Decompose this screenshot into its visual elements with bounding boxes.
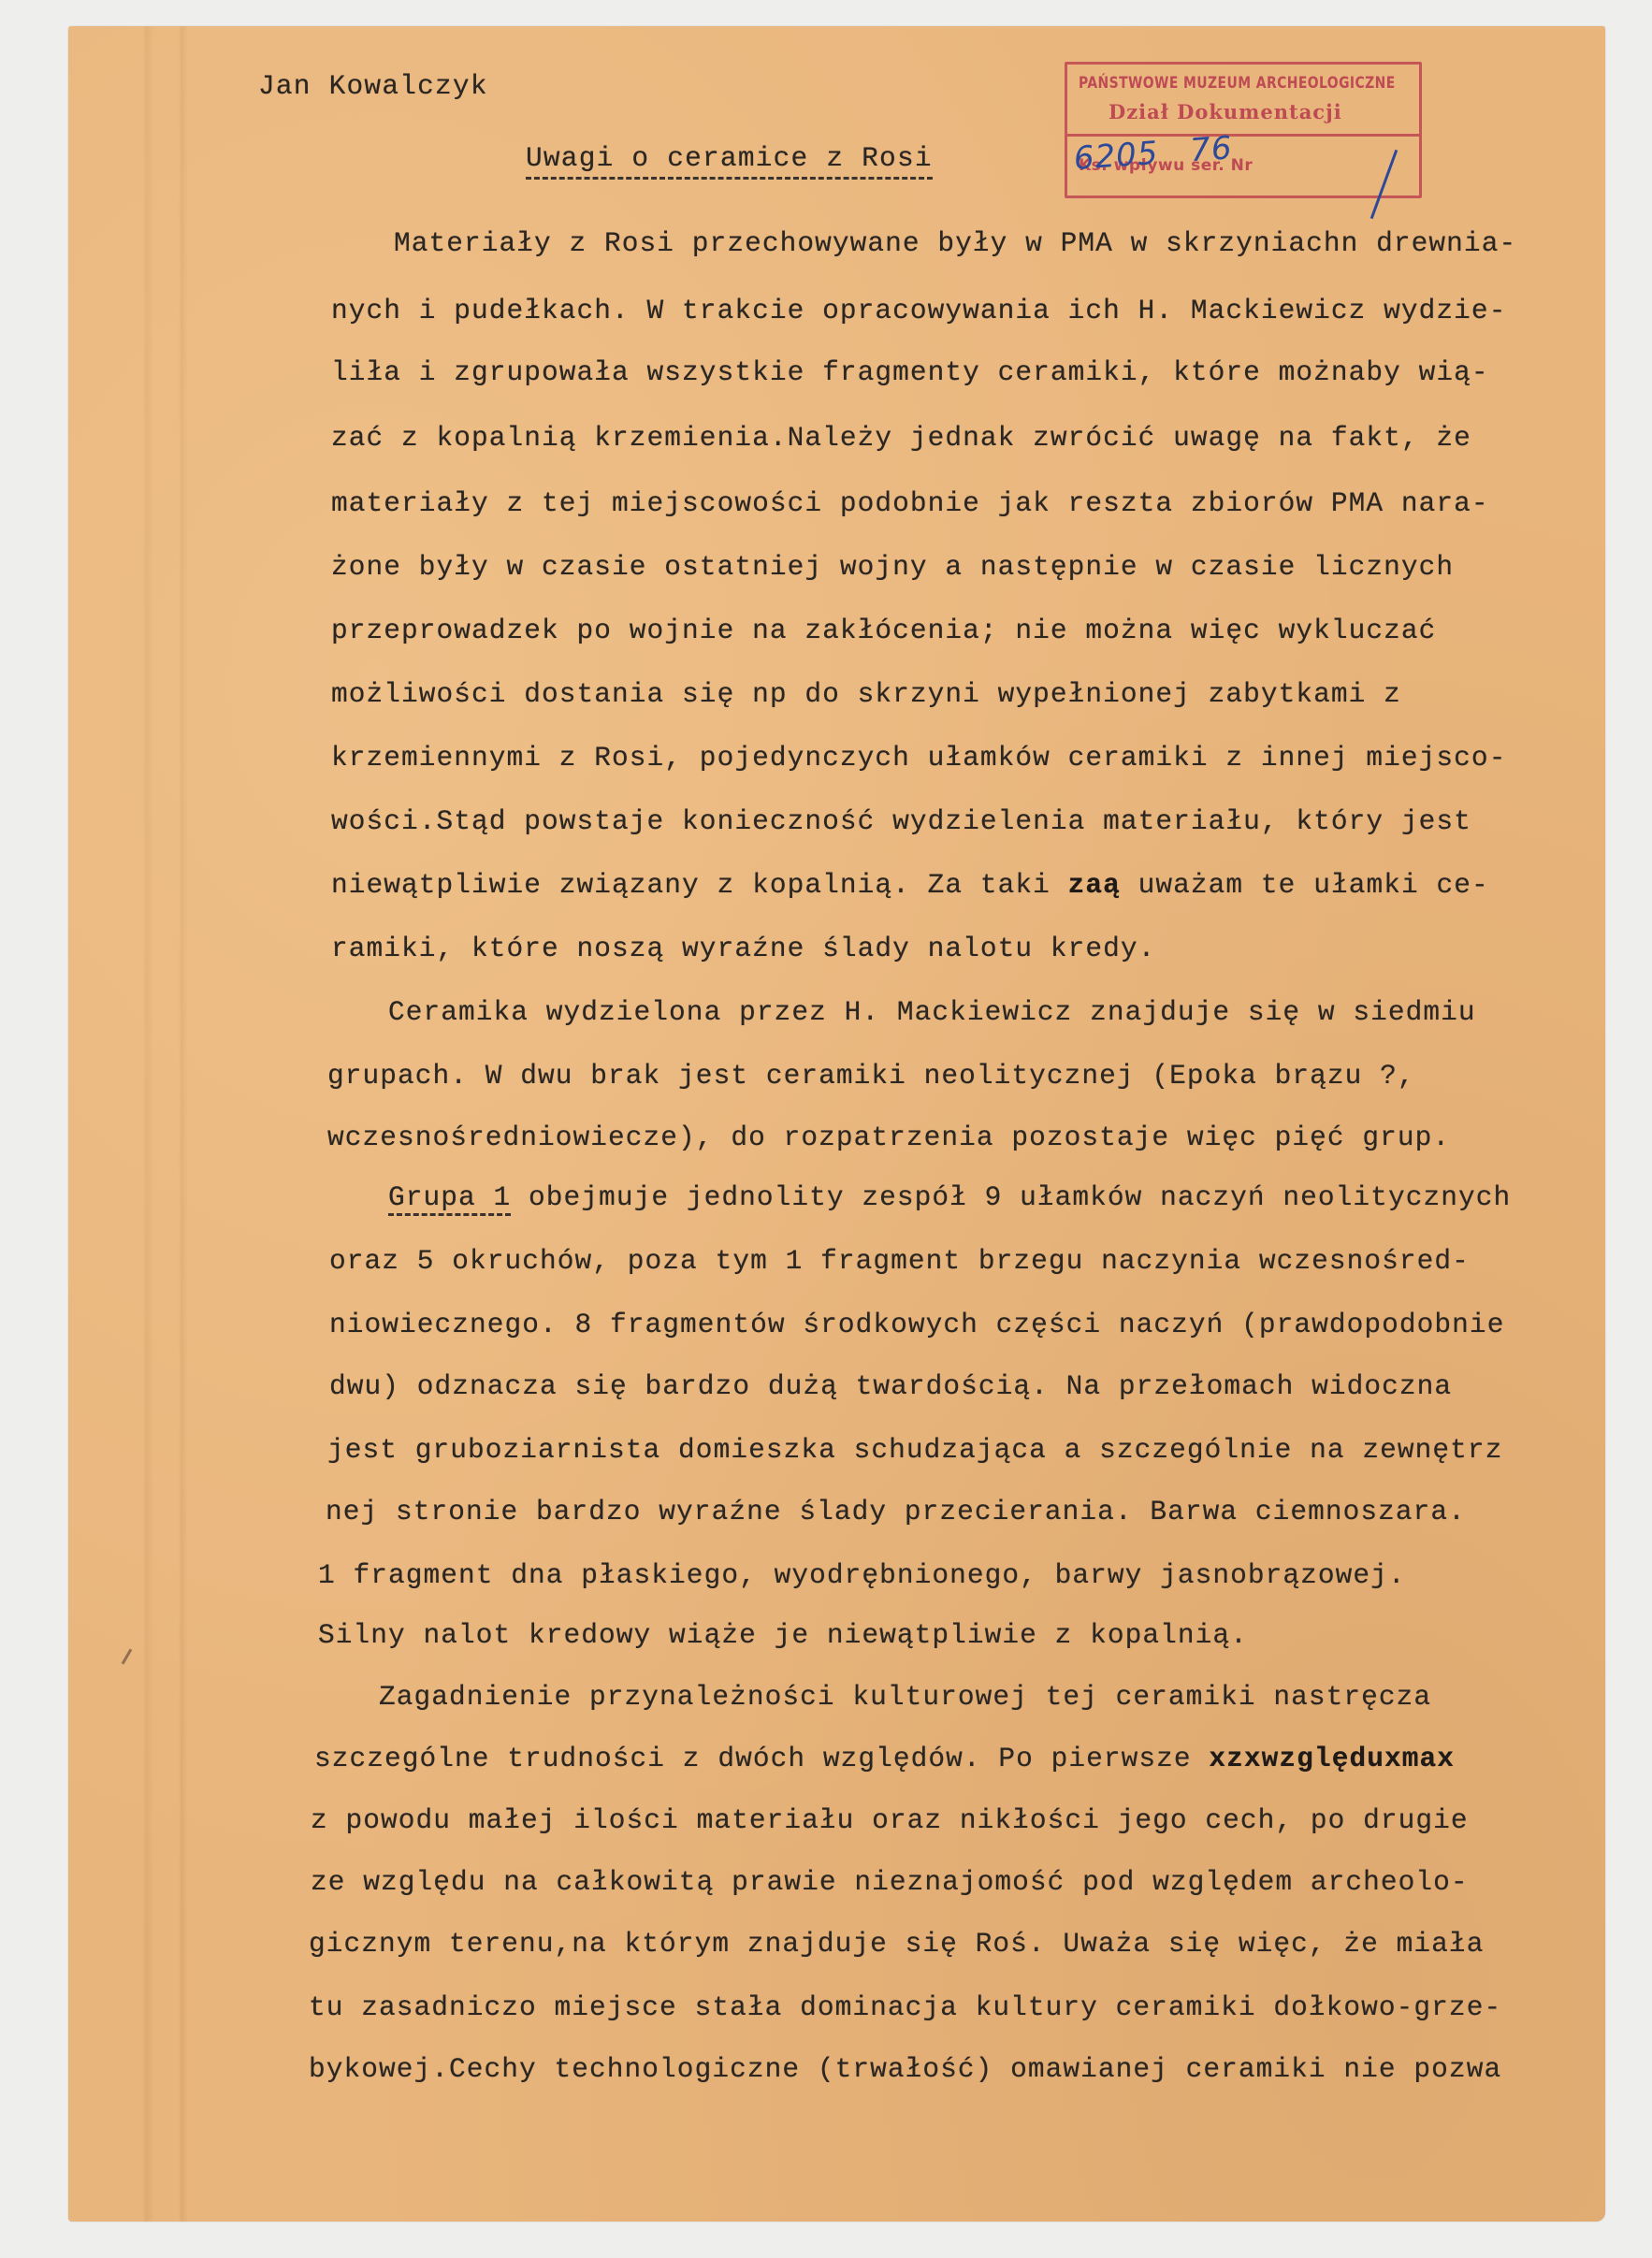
text-line: jest gruboziarnista domieszka schudzając… [327, 1437, 1502, 1465]
line-text: bykowej.Cechy technologiczne (trwałość) … [309, 2053, 1501, 2085]
line-text: Materiały z Rosi przechowywane były w PM… [324, 227, 1516, 259]
line-text: obejmuje jednolity zespół 9 ułamków nacz… [511, 1181, 1511, 1213]
text-line: ramiki, które noszą wyraźne ślady nalotu… [331, 935, 1155, 963]
line-text: materiały z tej miejscowości podobnie ja… [331, 487, 1489, 519]
document-title: Uwagi o ceramice z Rosi [526, 145, 933, 180]
line-text: Silny nalot kredowy wiąże je niewątpliwi… [318, 1619, 1248, 1651]
line-text: wczesnośredniowiecze), do rozpatrzenia p… [327, 1122, 1450, 1153]
line-text: żone były w czasie ostatniej wojny a nas… [331, 551, 1454, 583]
stamp-department: Dział Dokumentacji [1109, 100, 1342, 123]
line-text-continued: uważam te ułamki ce- [1121, 869, 1489, 901]
text-line: wczesnośredniowiecze), do rozpatrzenia p… [327, 1124, 1450, 1152]
line-text: jest gruboziarnista domieszka schudzając… [327, 1434, 1502, 1466]
text-line: oraz 5 okruchów, poza tym 1 fragment brz… [329, 1248, 1470, 1276]
line-text: ramiki, które noszą wyraźne ślady nalotu… [331, 933, 1155, 964]
text-line: z powodu małej ilości materiału oraz nik… [311, 1807, 1469, 1835]
text-line: Grupa 1 obejmuje jednolity zespół 9 ułam… [318, 1184, 1511, 1212]
text-line: wości.Stąd powstaje konieczność wydziele… [331, 808, 1471, 836]
text-line: możliwości dostania się np do skrzyni wy… [331, 681, 1401, 709]
indent [318, 1181, 388, 1213]
text-line: nych i pudełkach. W trakcie opracowywani… [331, 297, 1506, 326]
underlined-heading: Grupa 1 [388, 1181, 511, 1216]
line-text: grupach. W dwu brak jest ceramiki neolit… [327, 1060, 1415, 1092]
line-text: zać z kopalnią krzemienia.Należy jednak … [331, 422, 1471, 454]
line-text: gicznym terenu,na którym znajduje się Ro… [309, 1928, 1484, 1960]
line-text: nych i pudełkach. W trakcie opracowywani… [331, 295, 1506, 326]
line-text: nej stronie bardzo wyraźne ślady przecie… [326, 1496, 1466, 1527]
line-text: możliwości dostania się np do skrzyni wy… [331, 678, 1401, 710]
register-number: 6205 [1073, 135, 1160, 178]
text-line: bykowej.Cechy technologiczne (trwałość) … [309, 2056, 1501, 2084]
line-text: krzemiennymi z Rosi, pojedynczych ułamkó… [331, 742, 1506, 774]
text-line: nej stronie bardzo wyraźne ślady przecie… [326, 1498, 1466, 1527]
text-line: grupach. W dwu brak jest ceramiki neolit… [327, 1063, 1415, 1091]
text-line: Zagadnienie przynależności kulturowej te… [309, 1684, 1431, 1712]
text-line: 1 fragment dna płaskiego, wyodrębnionego… [318, 1562, 1406, 1590]
text-line: tu zasadniczo miejsce stała dominacja ku… [309, 1994, 1501, 2022]
line-text: przeprowadzek po wojnie na zakłócenia; n… [331, 615, 1436, 646]
text-line: niewątpliwie związany z kopalnią. Za tak… [331, 872, 1489, 900]
struck-out-text: xzxwzględuxmax [1209, 1743, 1455, 1774]
line-text: Zagadnienie przynależności kulturowej te… [309, 1681, 1431, 1713]
line-text: wości.Stąd powstaje konieczność wydziele… [331, 805, 1471, 837]
line-text: niowiecznego. 8 fragmentów środkowych cz… [329, 1309, 1504, 1340]
text-line: krzemiennymi z Rosi, pojedynczych ułamkó… [331, 745, 1506, 773]
struck-out-text: zaą [1068, 869, 1121, 901]
text-line: materiały z tej miejscowości podobnie ja… [331, 490, 1489, 518]
text-line: Ceramika wydzielona przez H. Mackiewicz … [318, 999, 1476, 1027]
line-text: dwu) odznacza się bardzo dużą twardością… [329, 1370, 1452, 1402]
text-line: przeprowadzek po wojnie na zakłócenia; n… [331, 617, 1436, 645]
line-text: ze względu na całkowitą prawie nieznajom… [311, 1866, 1469, 1898]
text-line: zać z kopalnią krzemienia.Należy jednak … [331, 425, 1471, 453]
stamp-institution: PAŃSTWOWE MUZEUM ARCHEOLOGICZNE [1079, 74, 1396, 93]
line-text: niewątpliwie związany z kopalnią. Za tak… [331, 869, 1051, 901]
text-line: dwu) odznacza się bardzo dużą twardością… [329, 1373, 1452, 1401]
line-text: liła i zgrupowała wszystkie fragmenty ce… [331, 356, 1489, 388]
text-line: liła i zgrupowała wszystkie fragmenty ce… [331, 359, 1489, 387]
line-text: tu zasadniczo miejsce stała dominacja ku… [309, 1991, 1501, 2023]
register-year: 76 [1189, 129, 1234, 169]
text-line: żone były w czasie ostatniej wojny a nas… [331, 554, 1454, 582]
archive-stamp: PAŃSTWOWE MUZEUM ARCHEOLOGICZNE Dział Do… [1065, 62, 1422, 198]
text-line: Silny nalot kredowy wiąże je niewątpliwi… [318, 1622, 1248, 1650]
line-text: szczególne trudności z dwóch względów. P… [314, 1743, 1192, 1774]
text-line: Materiały z Rosi przechowywane były w PM… [324, 230, 1516, 258]
line-text: 1 fragment dna płaskiego, wyodrębnionego… [318, 1559, 1406, 1591]
author-name: Jan Kowalczyk [258, 73, 488, 101]
text-line: niowiecznego. 8 fragmentów środkowych cz… [329, 1311, 1504, 1339]
line-text: oraz 5 okruchów, poza tym 1 fragment brz… [329, 1245, 1470, 1277]
text-line: szczególne trudności z dwóch względów. P… [314, 1745, 1455, 1773]
text-line: gicznym terenu,na którym znajduje się Ro… [309, 1931, 1484, 1959]
line-text: Ceramika wydzielona przez H. Mackiewicz … [318, 996, 1476, 1028]
line-text: z powodu małej ilości materiału oraz nik… [311, 1804, 1469, 1836]
text-line: ze względu na całkowitą prawie nieznajom… [311, 1869, 1469, 1897]
